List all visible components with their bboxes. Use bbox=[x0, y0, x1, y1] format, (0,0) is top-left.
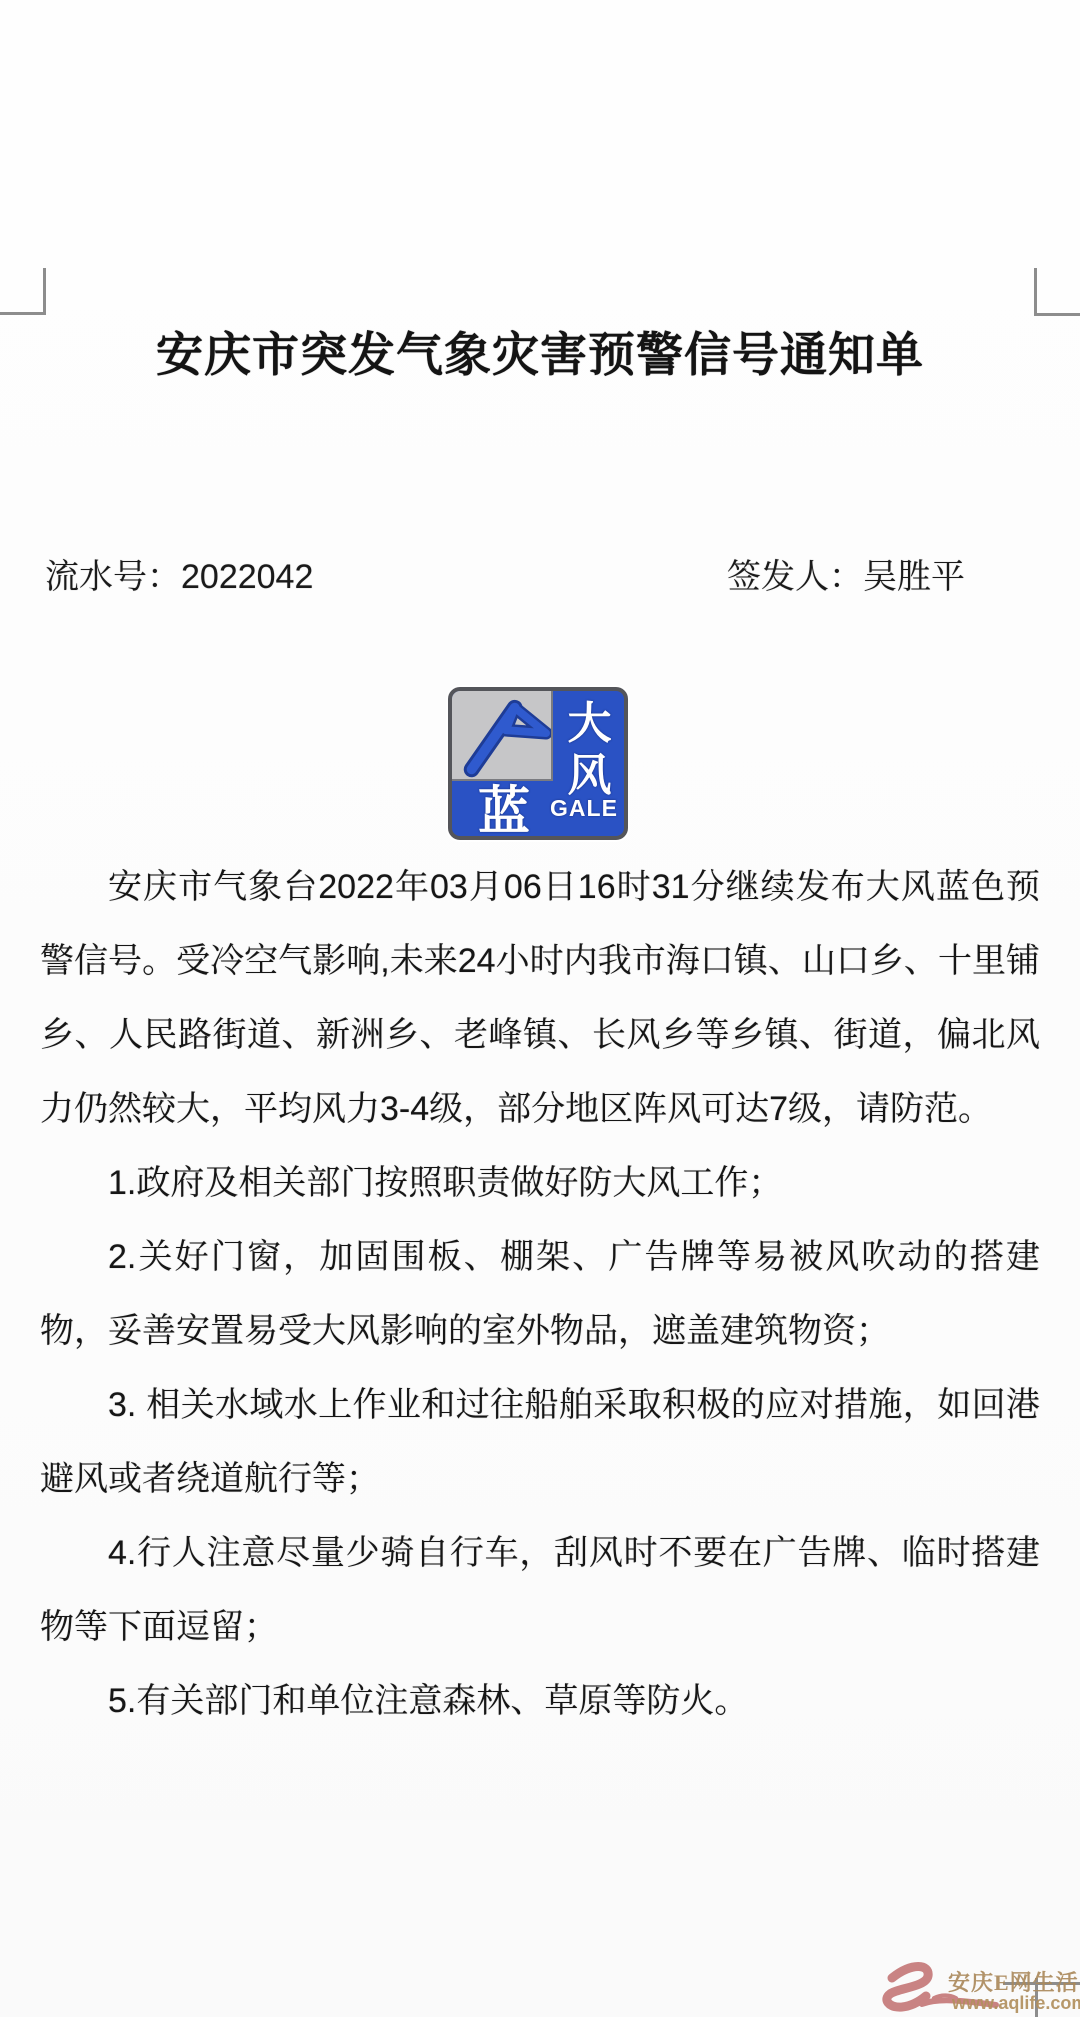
site-watermark: 安庆E网生活 www.aqlife.com bbox=[878, 1952, 1080, 2017]
notice-body: 安庆市气象台2022年03月06日16时31分继续发布大风蓝色预警信号。受冷空气… bbox=[40, 850, 1040, 1738]
defense-item-4: 4.行人注意尽量少骑自行车，刮风时不要在广告牌、临时搭建物等下面逗留； bbox=[40, 1516, 1040, 1664]
gale-icon-inner: 大 风 蓝 GALE bbox=[452, 691, 624, 836]
wind-flag-icon bbox=[452, 691, 551, 779]
issuer-name: 签发人：吴胜平 bbox=[727, 549, 965, 598]
top-right-corner-mark-vertical bbox=[1034, 268, 1037, 316]
gale-blue-warning-icon: 大 风 蓝 GALE bbox=[448, 687, 628, 840]
defense-item-3: 3. 相关水域水上作业和过往船舶采取积极的应对措施，如回港避风或者绕道航行等； bbox=[40, 1368, 1040, 1516]
gale-cn-char-bottom: 风 bbox=[555, 745, 624, 797]
wind-flag-panel bbox=[452, 691, 553, 781]
gale-cn-char-top: 大 bbox=[555, 693, 624, 745]
notice-paragraph: 安庆市气象台2022年03月06日16时31分继续发布大风蓝色预警信号。受冷空气… bbox=[40, 850, 1040, 1146]
top-right-corner-mark bbox=[1034, 313, 1080, 316]
warning-level-blue-char: 蓝 bbox=[458, 779, 550, 834]
defense-item-1: 1.政府及相关部门按照职责做好防大风工作； bbox=[40, 1146, 1040, 1220]
defense-item-2: 2.关好门窗，加固围板、棚架、广告牌等易被风吹动的搭建物，妥善安置易受大风影响的… bbox=[40, 1220, 1040, 1368]
gale-en-label: GALE bbox=[544, 795, 624, 822]
document-page: 安庆市突发气象灾害预警信号通知单 流水号：2022042 签发人：吴胜平 大 风… bbox=[0, 0, 1080, 2017]
page-title: 安庆市突发气象灾害预警信号通知单 bbox=[0, 318, 1080, 385]
serial-number: 流水号：2022042 bbox=[45, 549, 313, 598]
top-left-corner-mark-vertical bbox=[43, 268, 46, 315]
meta-row: 流水号：2022042 签发人：吴胜平 bbox=[0, 549, 1080, 599]
defense-item-5: 5.有关部门和单位注意森林、草原等防火。 bbox=[40, 1664, 1040, 1738]
watermark-site-url: www.aqlife.com bbox=[952, 1993, 1080, 2014]
top-left-corner-mark bbox=[0, 312, 46, 315]
